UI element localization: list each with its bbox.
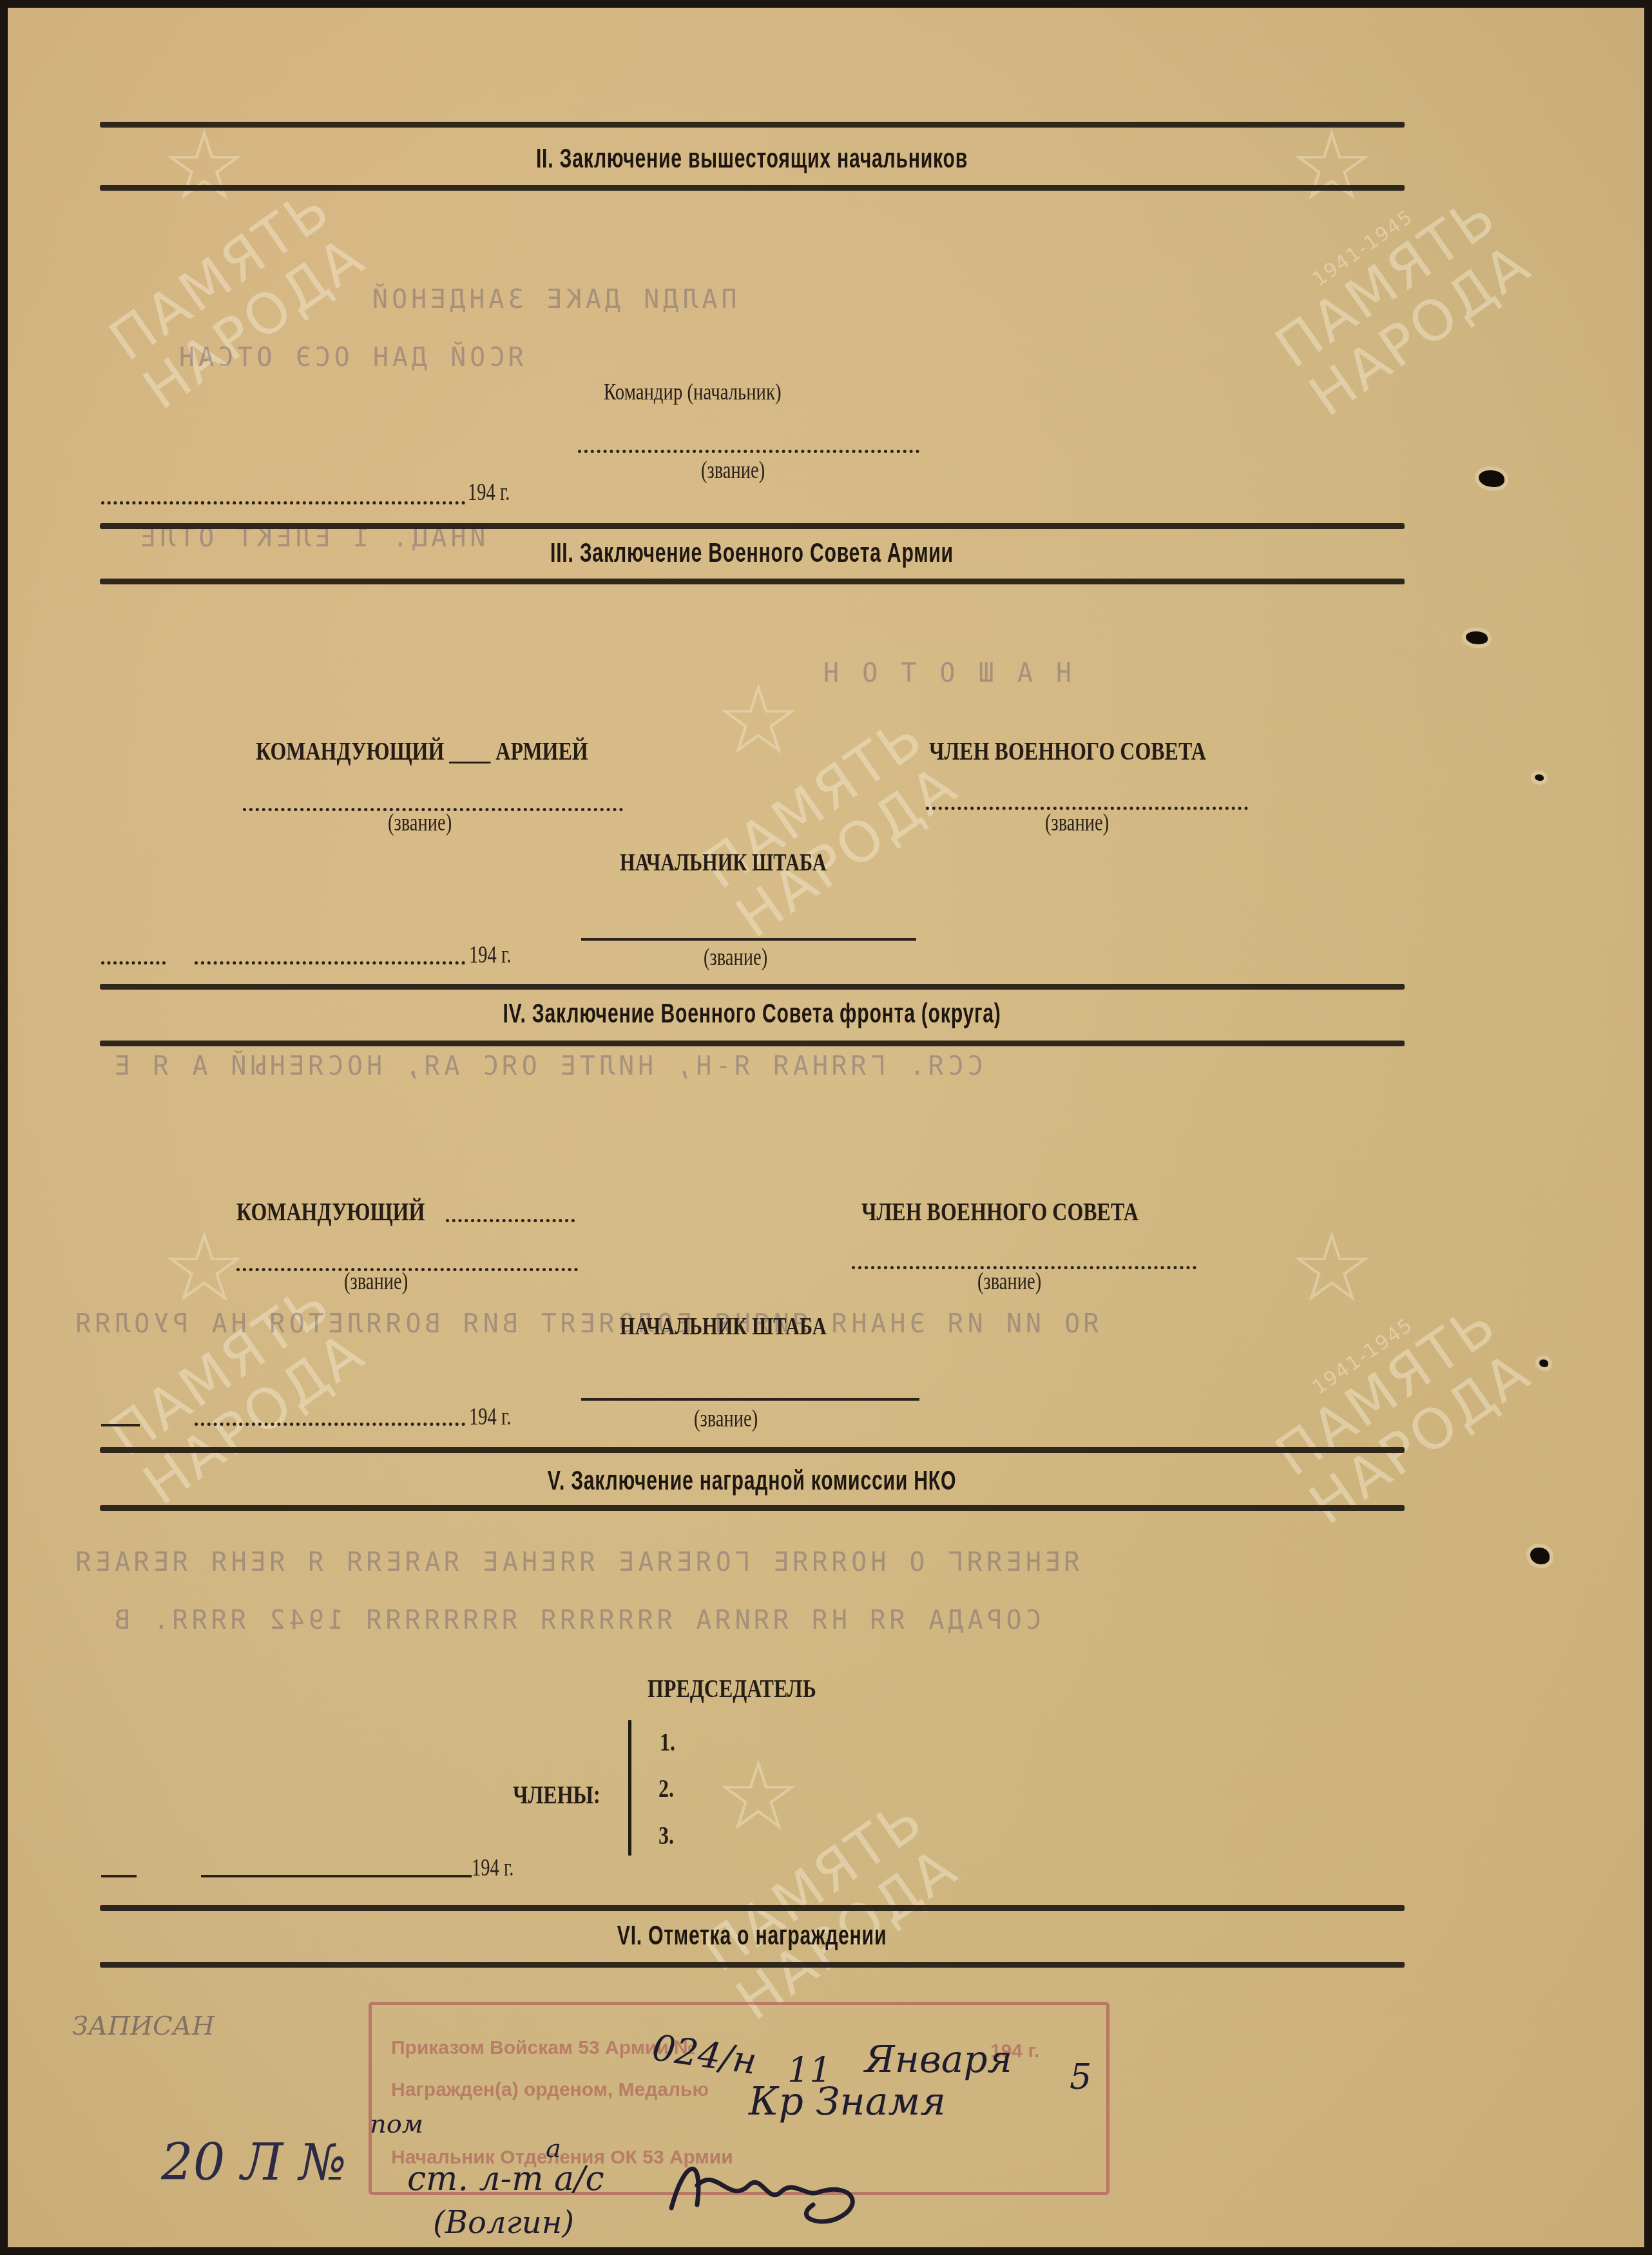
date-day-field[interactable] bbox=[101, 501, 204, 504]
section-6-title: VI. Отметка о награждении bbox=[216, 1920, 1287, 1951]
date-year-label: 194 г. bbox=[469, 941, 511, 969]
chief-of-staff-rank-line[interactable] bbox=[581, 938, 916, 941]
bleed-through-text: СОРАДА ЯЯ НЯ ЯЯИЯА ЯЯЯЯЯЯЯ ЯЯЯЯЯЯЯЯ 1942… bbox=[111, 1606, 1041, 1635]
stamp-line-2: Награжден(а) орденом, Медалью bbox=[391, 2079, 709, 2101]
punch-hole bbox=[1479, 470, 1504, 487]
handwritten-officer-rank: ст. л-т а/с bbox=[407, 2160, 604, 2198]
watermark-star-icon: ☆ bbox=[156, 1219, 253, 1316]
commander-label: Командир (начальник) bbox=[604, 378, 782, 405]
date-month-field[interactable] bbox=[195, 1423, 465, 1426]
handwritten-award-name: Кр Знамя bbox=[749, 2079, 946, 2124]
handwritten-officer-title-1: пом bbox=[370, 2109, 423, 2139]
member-1-number: 1. bbox=[660, 1727, 675, 1757]
section-rule bbox=[100, 1905, 1405, 1911]
section-2-title: II. Заключение вышестоящих начальников bbox=[216, 143, 1287, 174]
watermark-star-icon: ☆ bbox=[1283, 117, 1380, 214]
member-3-number: 3. bbox=[658, 1820, 674, 1850]
rank-caption: (звание) bbox=[1045, 809, 1109, 837]
watermark-star-icon: ☆ bbox=[710, 671, 807, 768]
pencil-margin-note: ЗАПИСАН bbox=[72, 2011, 215, 2041]
front-commander-name-line[interactable] bbox=[446, 1219, 575, 1222]
chairman-label: ПРЕДСЕДАТЕЛЬ bbox=[648, 1673, 816, 1703]
date-year-label: 194 г. bbox=[468, 478, 510, 506]
punch-hole bbox=[1539, 1359, 1548, 1367]
rank-caption: (звание) bbox=[388, 809, 452, 837]
section-rule bbox=[100, 579, 1405, 584]
stamp-line-1: Приказом Войскам 53 Армии № bbox=[391, 2037, 696, 2059]
date-day-field[interactable] bbox=[101, 1424, 140, 1426]
section-rule bbox=[100, 984, 1405, 990]
council-member-label: ЧЛЕН ВОЕННОГО СОВЕТА bbox=[929, 736, 1206, 766]
rank-caption: (звание) bbox=[694, 1405, 758, 1433]
chief-of-staff-label: НАЧАЛЬНИК ШТАБА bbox=[620, 1312, 827, 1341]
bleed-through-text: ССЯ. ГЯЯНАЯ Я-Н, НИЛТЕ ОЯС АЯ, НОСЯЕНЫЙ … bbox=[111, 1051, 983, 1081]
bleed-through-text: ЯСОЙ ДАН ОСЭ ОТСАН bbox=[175, 343, 524, 372]
date-year-label: 194 г. bbox=[472, 1854, 514, 1882]
officer-signature bbox=[658, 2147, 871, 2231]
chief-of-staff-rank-line[interactable] bbox=[581, 1398, 919, 1401]
handwritten-month: Января bbox=[865, 2037, 1012, 2081]
bleed-through-text: ЯЕНЕЯЯГ О НОЯЯЯЕ ГОЯЕЯАЕ ЯЯЕНАЕ ЯАЯЕЯЯ Я… bbox=[72, 1548, 1080, 1577]
member-2-number: 2. bbox=[658, 1773, 674, 1803]
watermark-star-icon: ☆ bbox=[1283, 1219, 1380, 1316]
rank-caption: (звание) bbox=[977, 1267, 1041, 1296]
bleed-through-text: Н А Ш О Т О Н bbox=[820, 658, 1071, 688]
punch-hole bbox=[1466, 631, 1488, 644]
rank-caption: (звание) bbox=[704, 943, 767, 972]
punch-hole bbox=[1530, 1548, 1550, 1564]
section-rule bbox=[100, 523, 1405, 529]
bleed-through-text: ПАЛДИ ДАКЕ ЗАНДЕНОЙ bbox=[369, 285, 737, 314]
rank-caption: (звание) bbox=[344, 1267, 408, 1296]
front-commander-label: КОМАНДУЮЩИЙ bbox=[236, 1196, 425, 1227]
section-rule bbox=[100, 1447, 1405, 1453]
date-day-field[interactable] bbox=[101, 1875, 137, 1877]
watermark-star-icon: ☆ bbox=[710, 1747, 807, 1844]
section-rule bbox=[100, 1962, 1405, 1968]
handwritten-officer-name: (Волгин) bbox=[433, 2205, 574, 2241]
handwritten-left-note: 20 Л № bbox=[161, 2134, 347, 2192]
rank-signature-line[interactable] bbox=[578, 450, 919, 453]
bleed-through-text: ЯО ИИ ИЯ ЭНАНЯ ЯИЯНЯ ЕОЛОЯЕЯТ ВИЯ ВОЯЯЛЕ… bbox=[72, 1309, 1099, 1339]
section-rule bbox=[100, 1041, 1405, 1046]
document-page: ☆ ПАМЯТЬ НАРОДА ☆ 1941-1945 ПАМЯТЬ НАРОД… bbox=[8, 8, 1644, 2247]
date-month-field[interactable] bbox=[195, 501, 465, 504]
punch-hole bbox=[1535, 774, 1544, 781]
members-bracket bbox=[628, 1720, 631, 1856]
army-commander-label: КОМАНДУЮЩИЙ ____ АРМИЕЙ bbox=[256, 736, 588, 766]
section-rule bbox=[100, 122, 1405, 128]
handwritten-year-suffix: 5 bbox=[1070, 2057, 1091, 2097]
chief-of-staff-label: НАЧАЛЬНИК ШТАБА bbox=[620, 849, 827, 877]
date-month-field[interactable] bbox=[201, 1875, 472, 1877]
section-3-title: III. Заключение Военного Совета Армии bbox=[216, 537, 1287, 568]
rank-caption: (звание) bbox=[701, 456, 765, 485]
section-4-title: IV. Заключение Военного Совета фронта (о… bbox=[216, 998, 1287, 1029]
members-label: ЧЛЕНЫ: bbox=[513, 1780, 600, 1810]
section-rule bbox=[100, 1505, 1405, 1511]
date-day-field[interactable] bbox=[101, 961, 166, 964]
section-rule bbox=[100, 185, 1405, 191]
section-5-title: V. Заключение наградной комиссии НКО bbox=[216, 1465, 1287, 1496]
council-member-label: ЧЛЕН ВОЕННОГО СОВЕТА bbox=[861, 1196, 1138, 1227]
date-year-label: 194 г. bbox=[469, 1403, 511, 1431]
date-month-field[interactable] bbox=[195, 961, 465, 964]
